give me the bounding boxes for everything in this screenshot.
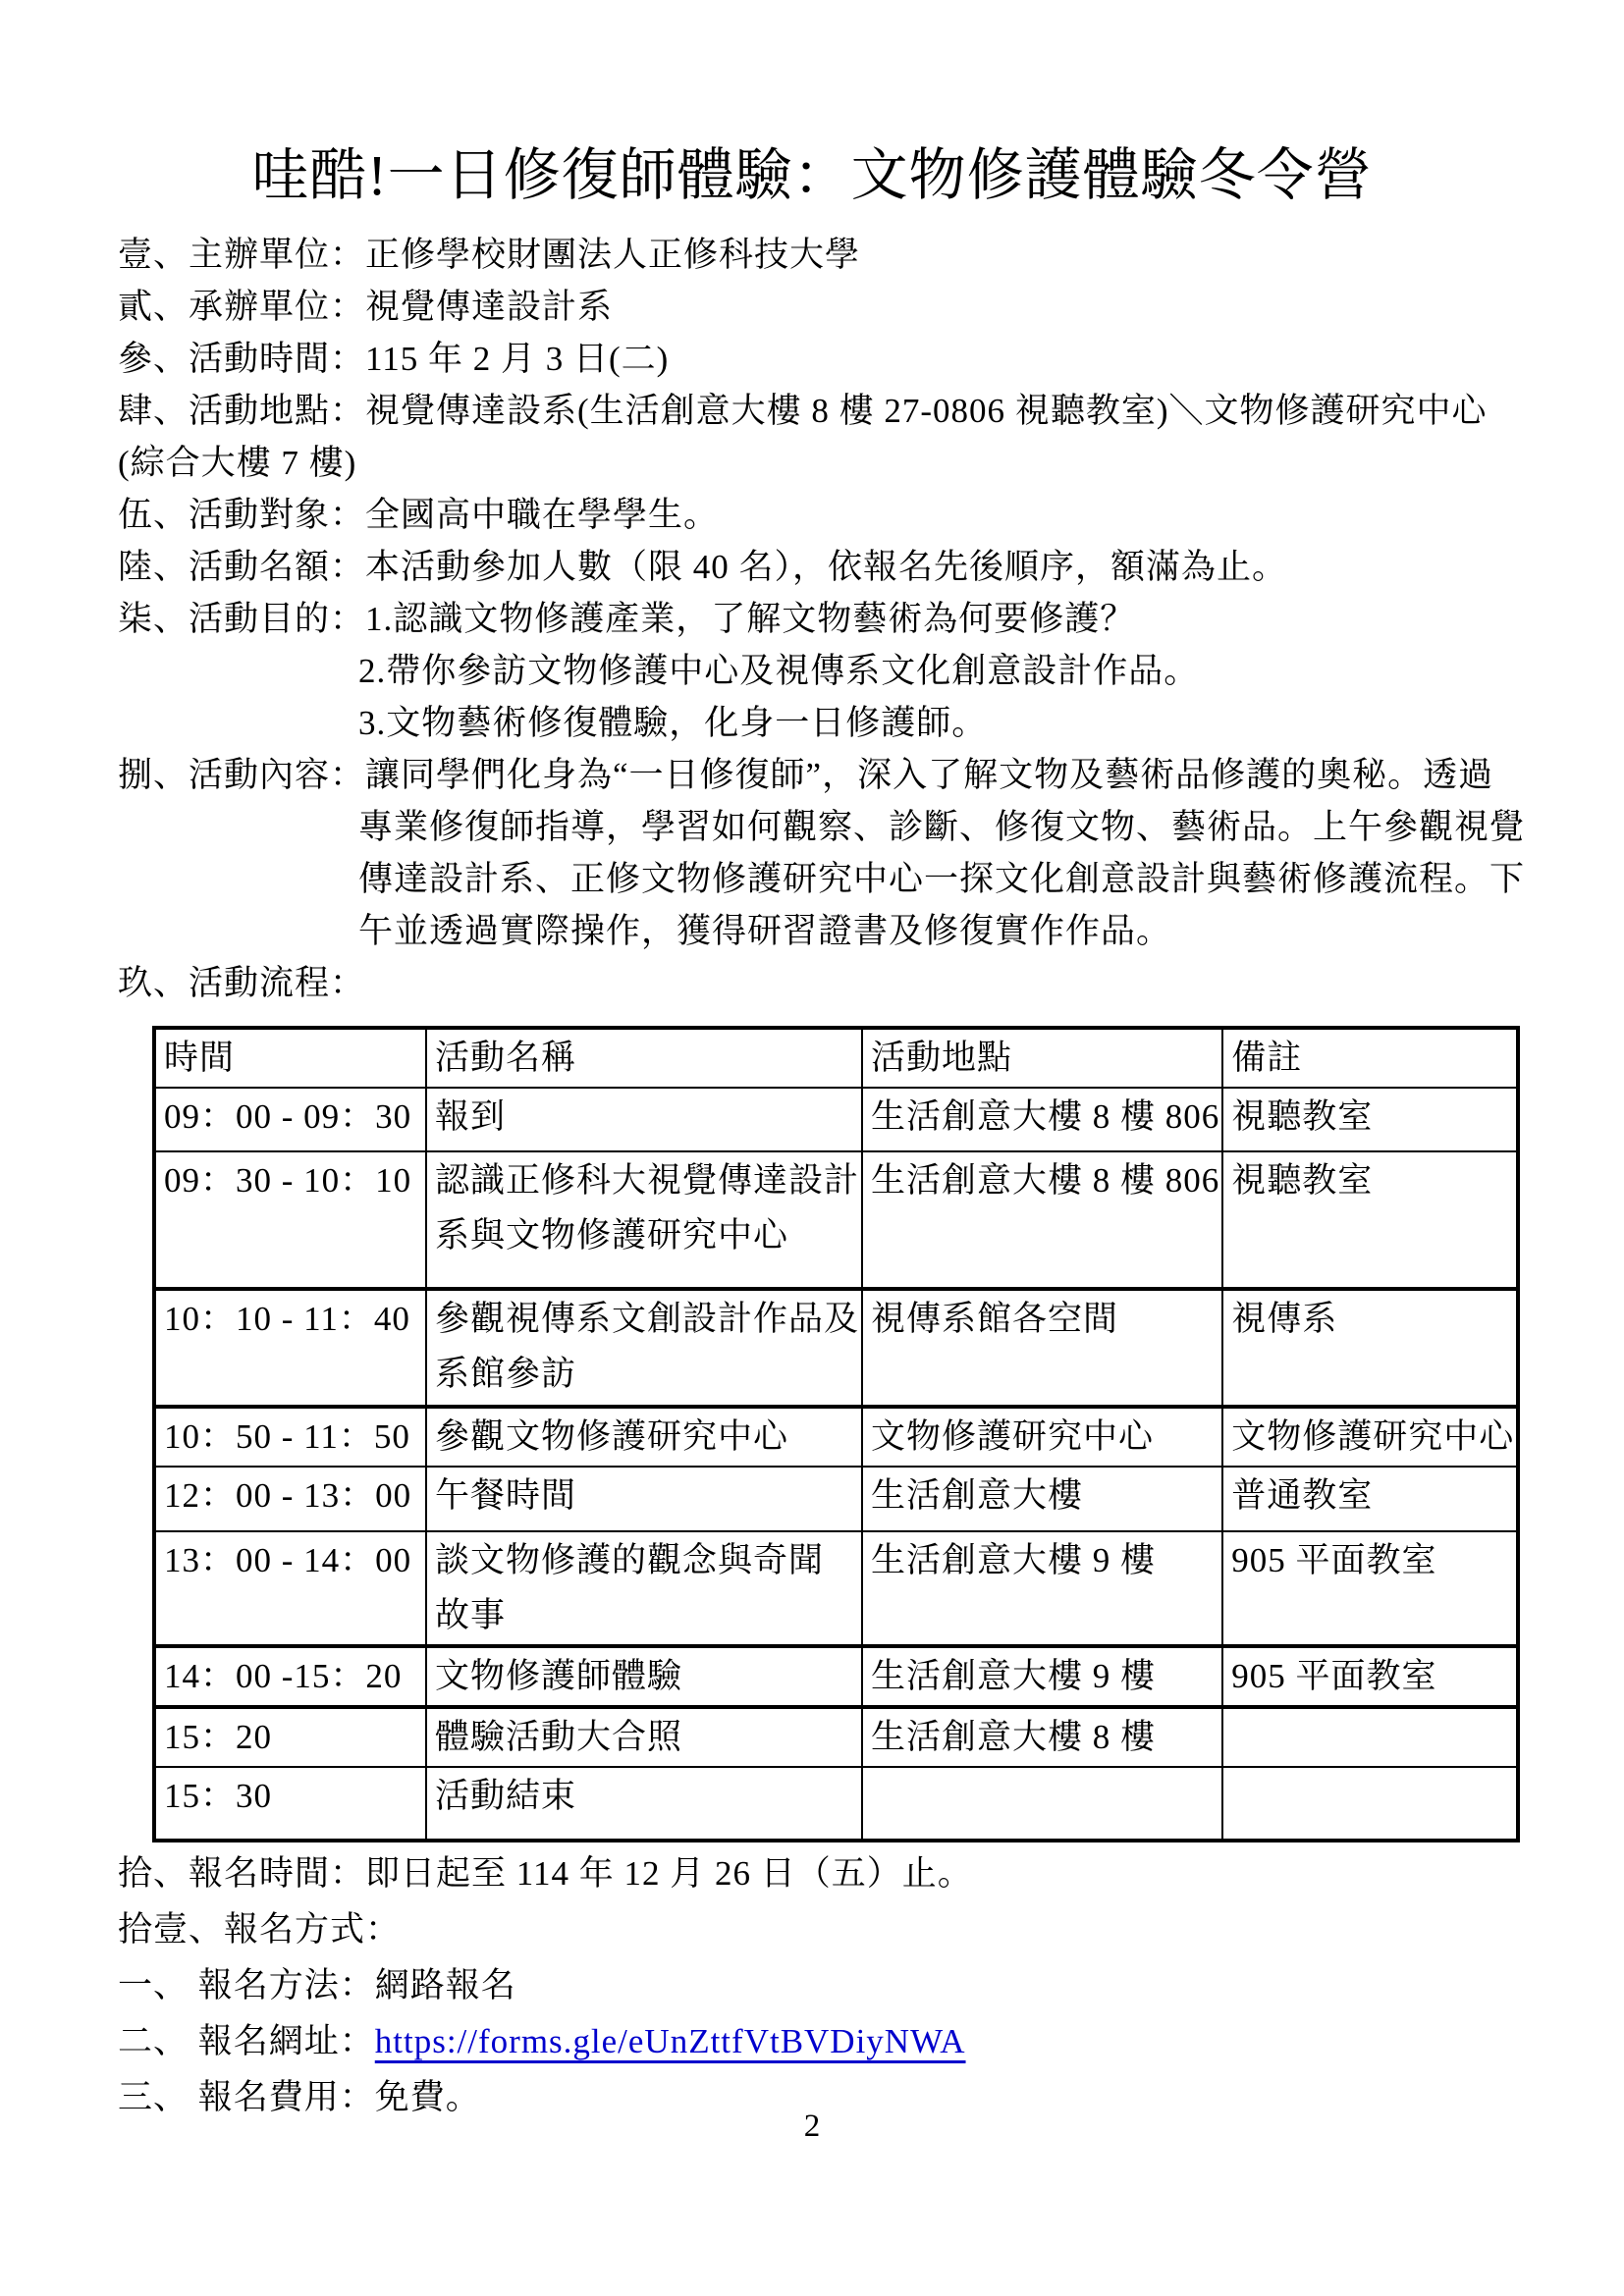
page-title: 哇酷!一日修復師體驗：文物修護體驗冬令營 — [0, 135, 1624, 216]
schedule-cell-note — [1222, 1767, 1518, 1841]
schedule-cell-note: 905 平面教室 — [1222, 1646, 1518, 1707]
schedule-cell-note: 普通教室 — [1222, 1467, 1518, 1531]
schedule-cell-activity: 報到 — [426, 1088, 862, 1151]
schedule-section: 時間 活動名稱 活動地點 備註 09：00 - 09：30 報到 生活創意大樓 … — [152, 1026, 1520, 1842]
intro-item-7: 柒、活動目的：1.認識文物修護產業，了解文物藝術為何要修護？2.帶你參訪文物修護… — [118, 593, 1536, 749]
signup-line-url: 二、 報名網址：https://forms.gle/eUnZttfVtBVDiy… — [118, 2013, 1536, 2069]
schedule-cell-time: 15：30 — [154, 1767, 426, 1841]
schedule-cell-place — [862, 1767, 1222, 1841]
schedule-row: 13：00 - 14：00 談文物修護的觀念與奇聞 故事 生活創意大樓 9 樓 … — [154, 1531, 1518, 1646]
signup-line-deadline: 拾、報名時間：即日起至 114 年 12 月 26 日（五）止。 — [118, 1845, 1536, 1901]
schedule-cell-activity: 談文物修護的觀念與奇聞 故事 — [426, 1531, 862, 1646]
schedule-header-place: 活動地點 — [862, 1028, 1222, 1088]
schedule-cell-place: 生活創意大樓 9 樓 — [862, 1646, 1222, 1707]
schedule-cell-time: 13：00 - 14：00 — [154, 1531, 426, 1646]
intro-line: 貳、承辦單位：視覺傳達設計系 — [118, 281, 1536, 333]
schedule-header-activity: 活動名稱 — [426, 1028, 862, 1088]
intro-line: 2.帶你參訪文物修護中心及視傳系文化創意設計作品。 — [118, 645, 1536, 697]
schedule-cell-note — [1222, 1707, 1518, 1767]
intro-item-4: 肆、活動地點：視覺傳達設系(生活創意大樓 8 樓 27-0806 視聽教室)＼文… — [118, 385, 1536, 489]
intro-line: 壹、主辦單位：正修學校財團法人正修科技大學 — [118, 229, 1536, 281]
signup-section: 拾、報名時間：即日起至 114 年 12 月 26 日（五）止。 拾壹、報名方式… — [118, 1845, 1536, 2125]
schedule-cell-note: 視傳系 — [1222, 1289, 1518, 1407]
schedule-cell-time: 10：10 - 11：40 — [154, 1289, 426, 1407]
schedule-row: 09：00 - 09：30 報到 生活創意大樓 8 樓 806 視聽教室 — [154, 1088, 1518, 1151]
schedule-cell-note: 視聽教室 — [1222, 1151, 1518, 1289]
signup-line-method: 一、 報名方法：網路報名 — [118, 1957, 1536, 2013]
schedule-cell-place: 視傳系館各空間 — [862, 1289, 1222, 1407]
schedule-row: 10：10 - 11：40 參觀視傳系文創設計作品及 系館參訪 視傳系館各空間 … — [154, 1289, 1518, 1407]
schedule-cell-note: 905 平面教室 — [1222, 1531, 1518, 1646]
signup-url-link[interactable]: https://forms.gle/eUnZttfVtBVDiyNWA — [375, 2022, 966, 2060]
schedule-row: 14：00 -15：20 文物修護師體驗 生活創意大樓 9 樓 905 平面教室 — [154, 1646, 1518, 1707]
intro-item-5: 伍、活動對象：全國高中職在學學生。 — [118, 489, 1536, 541]
intro-line: 午並透過實際操作，獲得研習證書及修復實作作品。 — [118, 905, 1536, 957]
intro-item-2: 貳、承辦單位：視覺傳達設計系 — [118, 281, 1536, 333]
signup-line-method-header: 拾壹、報名方式： — [118, 1901, 1536, 1957]
intro-line: 參、活動時間：115 年 2 月 3 日(二) — [118, 333, 1536, 385]
schedule-row: 12：00 - 13：00 午餐時間 生活創意大樓 普通教室 — [154, 1467, 1518, 1531]
intro-line: 3.文物藝術修復體驗，化身一日修護師。 — [118, 697, 1536, 749]
intro-line: 傳達設計系、正修文物修護研究中心一探文化創意設計與藝術修護流程。下 — [118, 853, 1536, 905]
intro-line: 肆、活動地點：視覺傳達設系(生活創意大樓 8 樓 27-0806 視聽教室)＼文… — [118, 385, 1536, 437]
schedule-header-time: 時間 — [154, 1028, 426, 1088]
schedule-row: 10：50 - 11：50 參觀文物修護研究中心 文物修護研究中心 文物修護研究… — [154, 1407, 1518, 1467]
schedule-body: 09：00 - 09：30 報到 生活創意大樓 8 樓 806 視聽教室 09：… — [154, 1088, 1518, 1841]
schedule-cell-activity: 參觀視傳系文創設計作品及 系館參訪 — [426, 1289, 862, 1407]
page-number: 2 — [0, 2107, 1624, 2146]
schedule-cell-place: 生活創意大樓 8 樓 — [862, 1707, 1222, 1767]
intro-item-9: 玖、活動流程： — [118, 957, 1536, 1009]
schedule-header-row: 時間 活動名稱 活動地點 備註 — [154, 1028, 1518, 1088]
schedule-cell-activity: 參觀文物修護研究中心 — [426, 1407, 862, 1467]
intro-line: 玖、活動流程： — [118, 957, 1536, 1009]
intro-item-1: 壹、主辦單位：正修學校財團法人正修科技大學 — [118, 229, 1536, 281]
schedule-cell-activity: 文物修護師體驗 — [426, 1646, 862, 1707]
schedule-cell-time: 14：00 -15：20 — [154, 1646, 426, 1707]
signup-url-label: 二、 報名網址： — [118, 2022, 375, 2060]
intro-line: 專業修復師指導，學習如何觀察、診斷、修復文物、藝術品。上午參觀視覺 — [118, 801, 1536, 853]
schedule-cell-time: 15：20 — [154, 1707, 426, 1767]
schedule-cell-activity: 午餐時間 — [426, 1467, 862, 1531]
schedule-cell-place: 生活創意大樓 8 樓 806 — [862, 1088, 1222, 1151]
intro-item-3: 參、活動時間：115 年 2 月 3 日(二) — [118, 333, 1536, 385]
schedule-cell-time: 12：00 - 13：00 — [154, 1467, 426, 1531]
document-page: 哇酷!一日修復師體驗：文物修護體驗冬令營 壹、主辦單位：正修學校財團法人正修科技… — [0, 0, 1624, 2296]
intro-line: 捌、活動內容：讓同學們化身為“一日修復師”，深入了解文物及藝術品修護的奧秘。透過 — [118, 749, 1536, 801]
intro-line: (綜合大樓 7 樓) — [118, 437, 1536, 489]
schedule-table: 時間 活動名稱 活動地點 備註 09：00 - 09：30 報到 生活創意大樓 … — [152, 1026, 1520, 1842]
intro-item-6: 陸、活動名額：本活動參加人數（限 40 名），依報名先後順序，額滿為止。 — [118, 541, 1536, 593]
schedule-cell-place: 生活創意大樓 — [862, 1467, 1222, 1531]
schedule-cell-activity: 體驗活動大合照 — [426, 1707, 862, 1767]
schedule-row: 15：20 體驗活動大合照 生活創意大樓 8 樓 — [154, 1707, 1518, 1767]
schedule-cell-note: 視聽教室 — [1222, 1088, 1518, 1151]
intro-line: 陸、活動名額：本活動參加人數（限 40 名），依報名先後順序，額滿為止。 — [118, 541, 1536, 593]
schedule-cell-place: 生活創意大樓 9 樓 — [862, 1531, 1222, 1646]
schedule-cell-time: 09：30 - 10：10 — [154, 1151, 426, 1289]
schedule-cell-activity: 認識正修科大視覺傳達設計 系與文物修護研究中心 — [426, 1151, 862, 1289]
schedule-cell-place: 生活創意大樓 8 樓 806 — [862, 1151, 1222, 1289]
schedule-header-note: 備註 — [1222, 1028, 1518, 1088]
intro-item-8: 捌、活動內容：讓同學們化身為“一日修復師”，深入了解文物及藝術品修護的奧秘。透過… — [118, 749, 1536, 957]
intro-line: 伍、活動對象：全國高中職在學學生。 — [118, 489, 1536, 541]
intro-list: 壹、主辦單位：正修學校財團法人正修科技大學貳、承辦單位：視覺傳達設計系參、活動時… — [118, 229, 1536, 1009]
schedule-cell-time: 09：00 - 09：30 — [154, 1088, 426, 1151]
intro-line: 柒、活動目的：1.認識文物修護產業，了解文物藝術為何要修護？ — [118, 593, 1536, 645]
schedule-row: 09：30 - 10：10 認識正修科大視覺傳達設計 系與文物修護研究中心 生活… — [154, 1151, 1518, 1289]
schedule-cell-time: 10：50 - 11：50 — [154, 1407, 426, 1467]
schedule-cell-place: 文物修護研究中心 — [862, 1407, 1222, 1467]
schedule-cell-activity: 活動結束 — [426, 1767, 862, 1841]
schedule-row: 15：30 活動結束 — [154, 1767, 1518, 1841]
schedule-cell-note: 文物修護研究中心 — [1222, 1407, 1518, 1467]
